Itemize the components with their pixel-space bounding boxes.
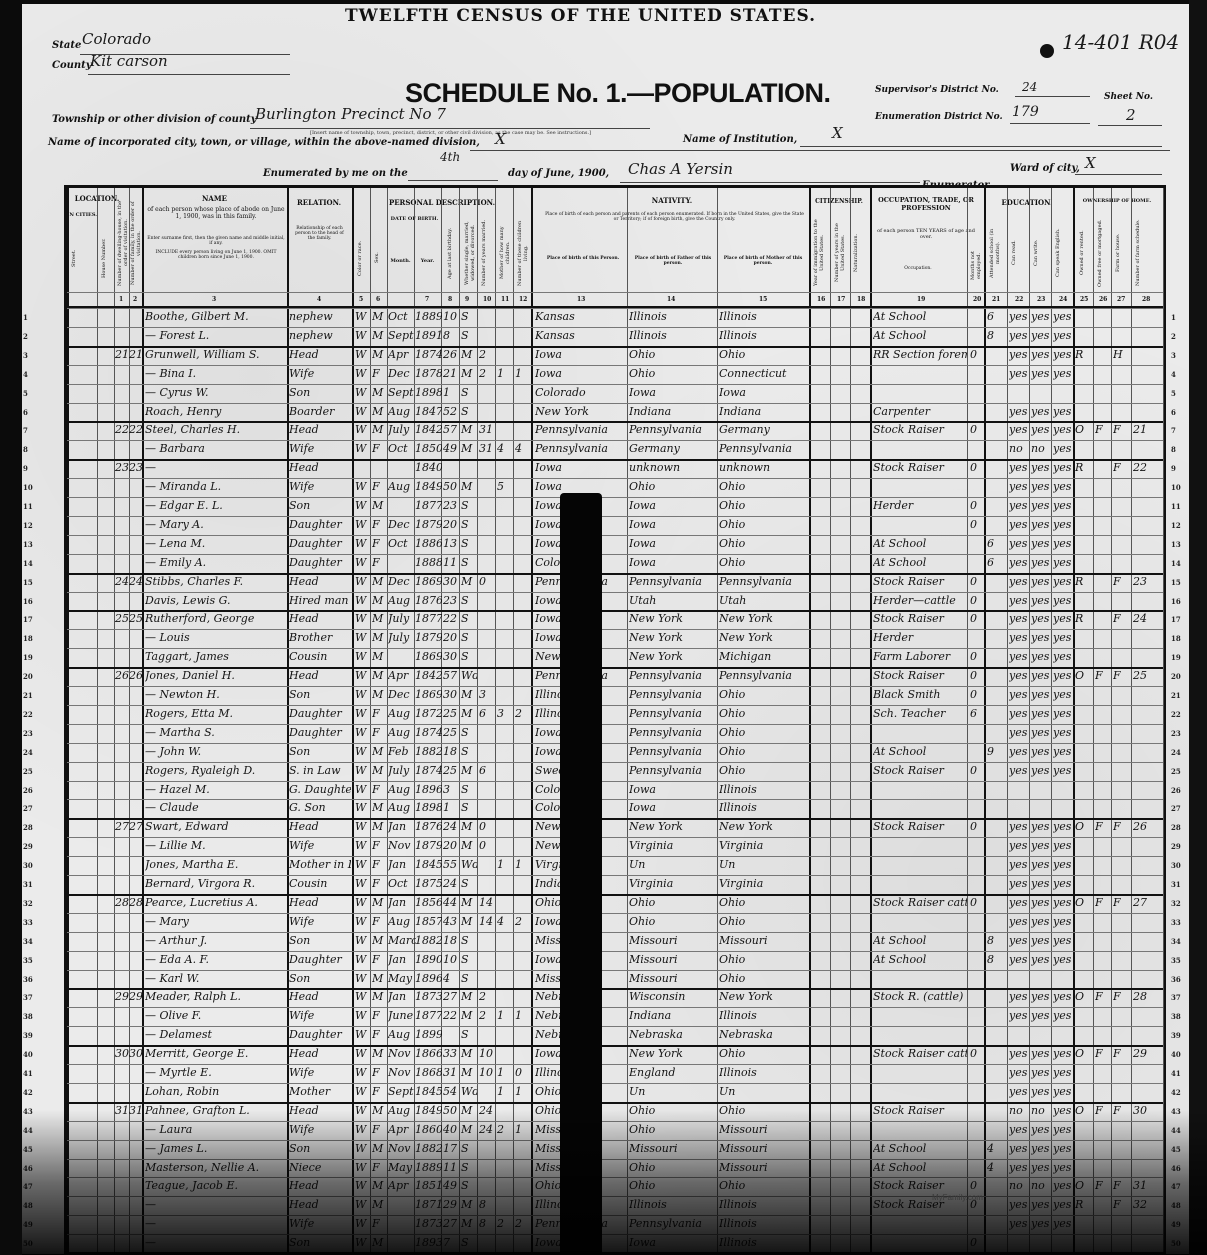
cell-age: 22	[443, 1007, 459, 1025]
cell-mu	[970, 1026, 984, 1044]
cell-fs	[1133, 1234, 1161, 1252]
table-row: 2626Jones, Daniel H.HeadWMApr184257WdPen…	[67, 667, 1163, 686]
cell-occ: Herder	[873, 629, 967, 647]
line-number: 30	[1171, 861, 1181, 870]
line-number: 16	[1171, 597, 1181, 606]
cell-fam: 24	[129, 573, 143, 591]
cell-fm	[1095, 327, 1111, 345]
cell-age: 24	[443, 818, 459, 836]
cell-en: yes	[1053, 988, 1073, 1006]
column-number: 19	[917, 296, 925, 303]
cell-rd: yes	[1009, 1064, 1029, 1082]
table-row: — ClaudeG. SonWMAug18981SColoradoIowaIll…	[67, 799, 1163, 818]
cell-bf: Pennsylvania	[629, 762, 717, 780]
cell-name: Steel, Charles H.	[145, 421, 285, 439]
cell-fam	[129, 1007, 143, 1025]
cell-rel: Head	[289, 1177, 351, 1195]
cell-color: W	[355, 648, 371, 666]
cell-age: 29	[443, 1196, 459, 1214]
cell-fs	[1133, 705, 1161, 723]
cell-year: 1896	[415, 970, 442, 988]
cell-fam	[129, 478, 143, 496]
cell-wr: yes	[1031, 1121, 1051, 1139]
cell-fam	[129, 970, 143, 988]
cell-color: W	[355, 403, 371, 421]
cell-mu: 0	[970, 497, 984, 515]
cell-mu	[970, 1102, 984, 1120]
cell-own	[1075, 1026, 1093, 1044]
cell-mu: 0	[970, 1045, 984, 1063]
header-year: Year.	[414, 258, 441, 264]
header-month: Month.	[387, 258, 414, 264]
cell-name: Pahnee, Grafton L.	[145, 1102, 285, 1120]
cell-mar: M	[461, 894, 477, 912]
cell-year: 1896	[415, 781, 442, 799]
cell-dw	[115, 497, 129, 515]
cell-age: 27	[443, 988, 459, 1006]
cell-fs	[1133, 346, 1161, 364]
cell-sex: M	[372, 573, 388, 591]
cell-ym	[479, 497, 495, 515]
cell-occ	[873, 837, 967, 855]
cell-age: 10	[443, 951, 459, 969]
cell-fh: F	[1113, 818, 1129, 836]
cell-dw: 27	[115, 818, 129, 836]
cell-cl	[515, 535, 531, 553]
cell-mu: 0	[970, 686, 984, 704]
cell-ym: 0	[479, 573, 495, 591]
cell-bp: Kansas	[535, 308, 625, 326]
cell-ym	[479, 1177, 495, 1195]
cell-fs	[1133, 308, 1161, 326]
cell-wr: no	[1031, 1177, 1051, 1195]
line-number: 2	[1171, 332, 1176, 341]
township-value: Burlington Precinct No 7	[255, 105, 446, 123]
cell-en: yes	[1053, 629, 1073, 647]
cell-name: — Cyrus W.	[145, 384, 285, 402]
cell-dw	[115, 365, 129, 383]
cell-rel: Wife	[289, 365, 351, 383]
cell-mu	[970, 308, 984, 326]
cell-occ	[873, 799, 967, 817]
cell-en: yes	[1053, 365, 1073, 383]
table-row: Rogers, Ryaleigh D.S. in LawWMJuly187425…	[67, 762, 1163, 781]
cell-ym	[479, 799, 495, 817]
cell-month: Dec	[388, 573, 416, 591]
cell-bm: Michigan	[719, 648, 807, 666]
cell-rel: G. Daughter	[289, 781, 351, 799]
cell-fm	[1095, 913, 1111, 931]
cell-fm	[1095, 535, 1111, 553]
cell-mar: M	[461, 818, 477, 836]
cell-color: W	[355, 440, 371, 458]
cell-mu: 0	[970, 592, 984, 610]
cell-fam: 26	[129, 667, 143, 685]
cell-mar: M	[461, 421, 477, 439]
cell-moc	[497, 970, 513, 988]
line-number: 46	[1171, 1164, 1181, 1173]
cell-moc	[497, 799, 513, 817]
cell-fh	[1113, 743, 1129, 761]
cell-mu: 0	[970, 610, 984, 628]
cell-bm: Ohio	[719, 478, 807, 496]
cell-fs	[1133, 592, 1161, 610]
cell-mar: S	[461, 648, 477, 666]
cell-moc	[497, 403, 513, 421]
cell-bm: New York	[719, 629, 807, 647]
cell-ym	[479, 327, 495, 345]
cell-year: 1877	[415, 610, 442, 628]
cell-moc	[497, 421, 513, 439]
cell-sex: M	[372, 648, 388, 666]
column-number: 12	[519, 296, 527, 303]
cell-age: 25	[443, 762, 459, 780]
cell-month: Dec	[388, 516, 416, 534]
cell-en: yes	[1053, 913, 1073, 931]
cell-sex: F	[372, 516, 388, 534]
cell-sex: F	[372, 781, 388, 799]
cell-own: O	[1075, 894, 1093, 912]
cell-sch	[987, 762, 1005, 780]
line-number: 8	[23, 445, 28, 454]
cell-color: W	[355, 781, 371, 799]
cell-year: 1857	[415, 913, 442, 931]
cell-fh	[1113, 1234, 1129, 1252]
cell-bf: Iowa	[629, 516, 717, 534]
cell-sch: 6	[987, 535, 1005, 553]
cell-mar: S	[461, 403, 477, 421]
cell-fm	[1095, 308, 1111, 326]
cell-fh	[1113, 629, 1129, 647]
cell-dw: 30	[115, 1045, 129, 1063]
cell-year: 1869	[415, 648, 442, 666]
cell-occ	[873, 781, 967, 799]
cell-occ: Farm Laborer	[873, 648, 967, 666]
cell-bm: Virginia	[719, 875, 807, 893]
cell-cl	[515, 478, 531, 496]
cell-bf: New York	[629, 610, 717, 628]
cell-age	[443, 1026, 459, 1044]
cell-year: 1879	[415, 837, 442, 855]
cell-ym	[479, 951, 495, 969]
cell-fh	[1113, 1140, 1129, 1158]
cell-mar: S	[461, 932, 477, 950]
cell-fs	[1133, 724, 1161, 742]
cell-wr: yes	[1031, 837, 1051, 855]
line-number: 25	[23, 767, 33, 776]
vh-can-write: Can write.	[1033, 218, 1039, 288]
cell-year: 1842	[415, 667, 442, 685]
cell-bf: Missouri	[629, 1140, 717, 1158]
cell-own: O	[1075, 667, 1093, 685]
cell-name: — Lillie M.	[145, 837, 285, 855]
line-number: 22	[23, 710, 33, 719]
cell-sch	[987, 913, 1005, 931]
cell-rd	[1009, 781, 1029, 799]
table-row: — Hazel M.G. DaughterWFAug18963SColorado…	[67, 781, 1163, 800]
cell-age: 27	[443, 1215, 459, 1233]
cell-sch	[987, 346, 1005, 364]
schedule-title: SCHEDULE No. 1.—POPULATION.	[405, 78, 831, 109]
column-number: 11	[501, 296, 509, 303]
cell-fam	[129, 1234, 143, 1252]
cell-rd: yes	[1009, 1121, 1029, 1139]
cell-fh	[1113, 837, 1129, 855]
cell-cl	[515, 1026, 531, 1044]
cell-dw	[115, 516, 129, 534]
cell-fs	[1133, 403, 1161, 421]
cell-occ: RR Section foreman	[873, 346, 967, 364]
cell-moc	[497, 554, 513, 572]
cell-own	[1075, 799, 1093, 817]
table-row: — Bina I.WifeWFDec187821M211IowaOhioConn…	[67, 365, 1163, 384]
table-row: — DelamestDaughterWFAug1899SNebraskaNebr…	[67, 1026, 1163, 1045]
cell-occ	[873, 970, 967, 988]
cell-ym	[479, 1140, 495, 1158]
header-occupation-desc: of each person TEN YEARS of age and over…	[873, 228, 979, 240]
cell-rel: Cousin	[289, 875, 351, 893]
cell-mar: S	[461, 308, 477, 326]
cell-rel: Wife	[289, 1121, 351, 1139]
cell-dw: 24	[115, 573, 129, 591]
cell-dw	[115, 799, 129, 817]
cell-sex: M	[372, 592, 388, 610]
cell-rel: Head	[289, 894, 351, 912]
cell-age: 17	[443, 1140, 459, 1158]
cell-ym: 31	[479, 440, 495, 458]
cell-bm: Missouri	[719, 1121, 807, 1139]
cell-fm: F	[1095, 818, 1111, 836]
line-number: 39	[23, 1031, 33, 1040]
cell-fm	[1095, 459, 1111, 477]
cell-year: 1878	[415, 365, 442, 383]
cell-fam	[129, 1064, 143, 1082]
cell-occ: Stock Raiser	[873, 667, 967, 685]
cell-name: — Louis	[145, 629, 285, 647]
cell-wr: yes	[1031, 403, 1051, 421]
cell-mu	[970, 988, 984, 1006]
cell-age: 25	[443, 705, 459, 723]
line-number: 4	[1171, 370, 1176, 379]
cell-year: 1869	[415, 686, 442, 704]
header-relation: RELATION.	[289, 198, 349, 207]
cell-fs: 29	[1133, 1045, 1161, 1063]
cell-occ: Herder	[873, 497, 967, 515]
cell-fam: 29	[129, 988, 143, 1006]
cell-age: 52	[443, 403, 459, 421]
cell-fh	[1113, 535, 1129, 553]
cell-bm: New York	[719, 610, 807, 628]
cell-fam	[129, 554, 143, 572]
cell-wr: yes	[1031, 932, 1051, 950]
cell-bf: Pennsylvania	[629, 1215, 717, 1233]
cell-bf: New York	[629, 1045, 717, 1063]
cell-en: yes	[1053, 1159, 1073, 1177]
cell-sch	[987, 724, 1005, 742]
cell-fam: 28	[129, 894, 143, 912]
cell-own	[1075, 497, 1093, 515]
line-number: 29	[23, 842, 33, 851]
cell-fam: 30	[129, 1045, 143, 1063]
cell-fm	[1095, 1026, 1111, 1044]
cell-cl	[515, 932, 531, 950]
cell-rel: Head	[289, 573, 351, 591]
cell-wr: yes	[1031, 459, 1051, 477]
line-number: 31	[1171, 880, 1181, 889]
cell-month: Aug	[388, 592, 416, 610]
cell-fam	[129, 762, 143, 780]
cell-month: July	[388, 610, 416, 628]
state-value: Colorado	[82, 30, 151, 48]
line-number: 34	[23, 937, 33, 946]
cell-occ	[873, 856, 967, 874]
cell-month: Feb	[388, 743, 416, 761]
header-name-note1: Enter surname first, then the given name…	[147, 236, 285, 246]
cell-dw: 29	[115, 988, 129, 1006]
cell-month: May	[388, 1159, 416, 1177]
header-name: NAME	[142, 194, 287, 203]
line-number: 9	[1171, 464, 1176, 473]
cell-moc: 1	[497, 1083, 513, 1101]
cell-rel: Daughter	[289, 724, 351, 742]
cell-month: Nov	[388, 837, 416, 855]
cell-bf: Indiana	[629, 1007, 717, 1025]
cell-age: 23	[443, 497, 459, 515]
table-row: 2828Pearce, Lucretius A.HeadWMJan185644M…	[67, 894, 1163, 913]
cell-en: yes	[1053, 308, 1073, 326]
column-number: 1	[119, 296, 123, 303]
cell-bf: Ohio	[629, 1121, 717, 1139]
cell-wr: yes	[1031, 516, 1051, 534]
cell-fh	[1113, 403, 1129, 421]
cell-color: W	[355, 592, 371, 610]
cell-rd: yes	[1009, 818, 1029, 836]
cell-year: 1874	[415, 346, 442, 364]
cell-fam	[129, 1083, 143, 1101]
cell-age: 20	[443, 629, 459, 647]
cell-year: 1875	[415, 875, 442, 893]
cell-fm: F	[1095, 894, 1111, 912]
cell-mar: S	[461, 592, 477, 610]
cell-fam: 21	[129, 346, 143, 364]
cell-fs	[1133, 1064, 1161, 1082]
cell-moc	[497, 667, 513, 685]
cell-own	[1075, 1140, 1093, 1158]
cell-ym	[479, 535, 495, 553]
cell-dw	[115, 478, 129, 496]
cell-mar: Wd	[461, 667, 477, 685]
cell-month: Sept	[388, 384, 416, 402]
cell-mu	[970, 554, 984, 572]
cell-fs: 23	[1133, 573, 1161, 591]
cell-en: yes	[1053, 856, 1073, 874]
line-number: 24	[1171, 748, 1181, 757]
vh-mother-of: Mother of how many children.	[499, 218, 511, 288]
cell-fm	[1095, 686, 1111, 704]
cell-cl	[515, 516, 531, 534]
line-number: 50	[1171, 1239, 1181, 1248]
cell-cl	[515, 403, 531, 421]
cell-moc: 1	[497, 1064, 513, 1082]
line-number: 41	[23, 1069, 33, 1078]
cell-sch: 4	[987, 1140, 1005, 1158]
line-number: 16	[23, 597, 33, 606]
table-row: 2121Grunwell, William S.HeadWMApr187426M…	[67, 346, 1163, 365]
cell-rd: yes	[1009, 535, 1029, 553]
cell-sex: F	[372, 875, 388, 893]
scan-border	[1189, 0, 1207, 1255]
cell-wr: yes	[1031, 648, 1051, 666]
cell-en: yes	[1053, 459, 1073, 477]
cell-name: Meader, Ralph L.	[145, 988, 285, 1006]
column-number: 6	[376, 296, 380, 303]
cell-bf: Un	[629, 856, 717, 874]
cell-rel: Boarder	[289, 403, 351, 421]
cell-fam	[129, 856, 143, 874]
cell-bf: Un	[629, 1083, 717, 1101]
cell-bm: Ohio	[719, 516, 807, 534]
cell-rel: Head	[289, 610, 351, 628]
cell-occ	[873, 365, 967, 383]
cell-month: July	[388, 629, 416, 647]
cell-occ	[873, 1083, 967, 1101]
cell-occ: At School	[873, 932, 967, 950]
cell-moc	[497, 762, 513, 780]
cell-fam	[129, 951, 143, 969]
cell-ym: 31	[479, 421, 495, 439]
cell-en: yes	[1053, 573, 1073, 591]
cell-fs	[1133, 1083, 1161, 1101]
cell-bf: Pennsylvania	[629, 421, 717, 439]
state-label: State	[52, 40, 81, 51]
cell-bm: Illinois	[719, 308, 807, 326]
cell-sex: M	[372, 629, 388, 647]
cell-fam	[129, 686, 143, 704]
cell-bm: Ohio	[719, 743, 807, 761]
cell-cl	[515, 1196, 531, 1214]
cell-bm: Ohio	[719, 705, 807, 723]
cell-year: 1860	[415, 1121, 442, 1139]
table-row: — Emily A.DaughterWF188811SColoradoIowaO…	[67, 554, 1163, 573]
column-number: 17	[837, 296, 845, 303]
cell-moc	[497, 818, 513, 836]
cell-month: Aug	[388, 781, 416, 799]
cell-mu	[970, 1007, 984, 1025]
enumerator-value: Chas A Yersin	[628, 160, 733, 178]
cell-year: 1874	[415, 762, 442, 780]
cell-wr: yes	[1031, 308, 1051, 326]
cell-occ: At School	[873, 535, 967, 553]
cell-name: Stibbs, Charles F.	[145, 573, 285, 591]
cell-fam	[129, 592, 143, 610]
cell-age: 13	[443, 535, 459, 553]
cell-bf: Iowa	[629, 535, 717, 553]
cell-en: yes	[1053, 705, 1073, 723]
cell-bm: Illinois	[719, 799, 807, 817]
cell-name: — Myrtle E.	[145, 1064, 285, 1082]
cell-cl	[515, 875, 531, 893]
cell-fam	[129, 743, 143, 761]
table-row: Boothe, Gilbert M.nephewWMOct188910SKans…	[67, 308, 1163, 327]
cell-fm	[1095, 478, 1111, 496]
column-number: 10	[483, 296, 491, 303]
cell-cl	[515, 837, 531, 855]
cell-sex: M	[372, 1102, 388, 1120]
cell-sch	[987, 970, 1005, 988]
cell-rd: yes	[1009, 837, 1029, 855]
vh-age: Age at last birthday.	[447, 218, 453, 288]
cell-own: R	[1075, 1196, 1093, 1214]
